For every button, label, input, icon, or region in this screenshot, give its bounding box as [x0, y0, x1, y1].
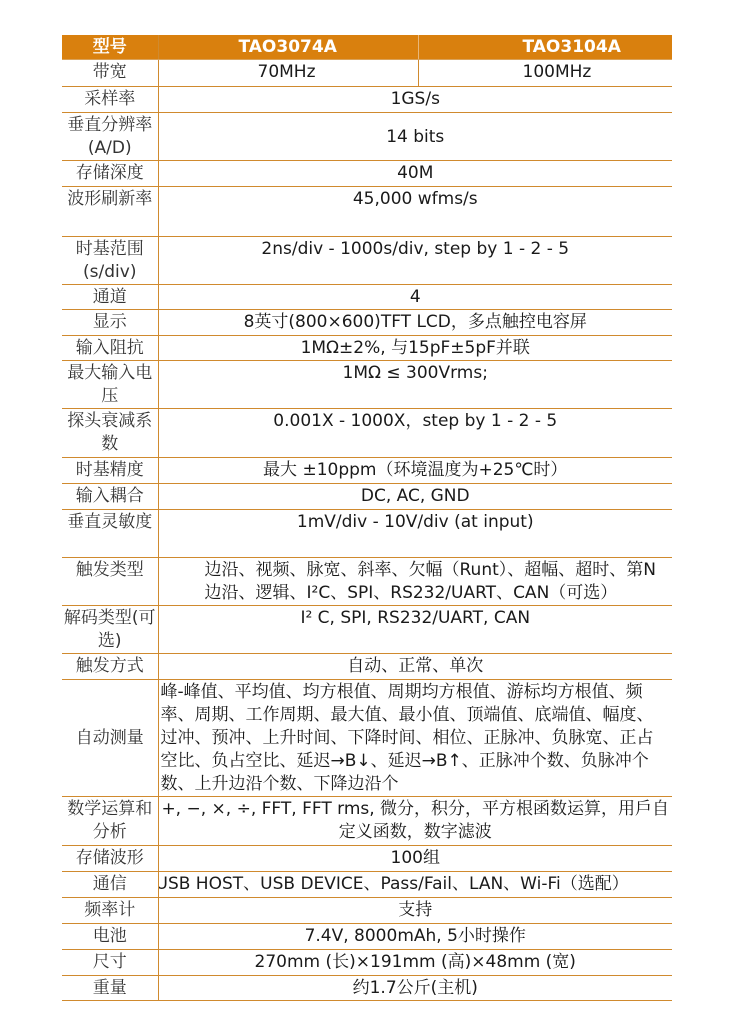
table-row: 时基范围(s/div) 2ns/div - 1000s/div, step by…	[62, 237, 672, 285]
table-row: 采样率 1GS/s	[62, 87, 672, 113]
row-label: 尺寸	[62, 950, 158, 976]
row-label: 采样率	[62, 87, 158, 113]
row-label: 电池	[62, 924, 158, 950]
row-value: USB HOST、USB DEVICE、Pass/Fail、LAN、Wi-Fi（…	[158, 872, 672, 898]
row-value: 1MΩ ≤ 300Vrms;	[158, 361, 672, 409]
table-row: 频率计 支持	[62, 898, 672, 924]
spec-table: 型号 TAO3074A TAO3104A 带宽 70MHz 100MHz 采样率…	[62, 35, 672, 1001]
row-label: 波形刷新率	[62, 187, 158, 237]
row-label: 自动测量	[62, 680, 158, 797]
row-value: 40M	[158, 161, 672, 187]
row-label: 垂直灵敏度	[62, 510, 158, 558]
header-model-tao3104a: TAO3104A	[418, 35, 672, 60]
table-row: 自动测量 峰-峰值、平均值、均方根值、周期均方根值、游标均方根值、频率、周期、工…	[62, 680, 672, 797]
row-label: 频率计	[62, 898, 158, 924]
row-label: 带宽	[62, 60, 158, 87]
header-model-label: 型号	[62, 35, 158, 60]
table-row: 带宽 70MHz 100MHz	[62, 60, 672, 87]
row-value: I² C, SPI, RS232/UART, CAN	[158, 606, 672, 654]
row-value: 100组	[158, 846, 672, 872]
table-row: 数学运算和分析 +, −, ×, ÷, FFT, FFT rms, 微分，积分，…	[62, 797, 672, 846]
table-row: 触发方式 自动、正常、单次	[62, 654, 672, 680]
row-value: 自动、正常、单次	[158, 654, 672, 680]
row-value: 1GS/s	[158, 87, 672, 113]
table-row: 垂直灵敏度 1mV/div - 10V/div (at input)	[62, 510, 672, 558]
table-row: 探头衰减系数 0.001X - 1000X，step by 1 - 2 - 5	[62, 409, 672, 458]
table-row: 输入阻抗 1MΩ±2%, 与15pF±5pF并联	[62, 336, 672, 361]
row-value: 0.001X - 1000X，step by 1 - 2 - 5	[158, 409, 672, 458]
row-label: 垂直分辨率(A/D)	[62, 113, 158, 161]
table-row: 存储深度 40M	[62, 161, 672, 187]
row-value: 约1.7公斤(主机)	[158, 976, 672, 1001]
row-label: 触发方式	[62, 654, 158, 680]
table-row: 通道 4	[62, 285, 672, 310]
row-label: 通信	[62, 872, 158, 898]
row-label: 显示	[62, 310, 158, 336]
row-value: 边沿、视频、脉宽、斜率、欠幅（Runt）、超幅、超时、第N边沿、逻辑、I²C、S…	[158, 558, 672, 606]
row-label: 探头衰减系数	[62, 409, 158, 458]
row-value: +, −, ×, ÷, FFT, FFT rms, 微分，积分，平方根函数运算，…	[158, 797, 672, 846]
row-label: 触发类型	[62, 558, 158, 606]
row-label: 通道	[62, 285, 158, 310]
row-value: 270mm (长)×191mm (高)×48mm (宽)	[158, 950, 672, 976]
row-value: 支持	[158, 898, 672, 924]
table-header-row: 型号 TAO3074A TAO3104A	[62, 35, 672, 60]
row-label: 时基范围(s/div)	[62, 237, 158, 285]
row-label: 时基精度	[62, 458, 158, 484]
row-label: 存储深度	[62, 161, 158, 187]
row-value: DC, AC, GND	[158, 484, 672, 510]
bandwidth-tao3074a: 70MHz	[158, 60, 418, 87]
table-row: 电池 7.4V, 8000mAh, 5小时操作	[62, 924, 672, 950]
header-model-tao3074a: TAO3074A	[158, 35, 418, 60]
row-value: 7.4V, 8000mAh, 5小时操作	[158, 924, 672, 950]
row-label: 存储波形	[62, 846, 158, 872]
row-value: 14 bits	[158, 113, 672, 161]
row-label: 数学运算和分析	[62, 797, 158, 846]
bandwidth-tao3104a: 100MHz	[418, 60, 672, 87]
table-row: 波形刷新率 45,000 wfms/s	[62, 187, 672, 237]
table-row: 时基精度 最大 ±10ppm（环境温度为+25℃时）	[62, 458, 672, 484]
row-value: 8英寸(800×600)TFT LCD，多点触控电容屏	[158, 310, 672, 336]
table-row: 存储波形 100组	[62, 846, 672, 872]
row-value: 最大 ±10ppm（环境温度为+25℃时）	[158, 458, 672, 484]
row-label: 输入耦合	[62, 484, 158, 510]
table-row: 重量 约1.7公斤(主机)	[62, 976, 672, 1001]
row-label: 解码类型(可选)	[62, 606, 158, 654]
row-label: 重量	[62, 976, 158, 1001]
row-value: 1MΩ±2%, 与15pF±5pF并联	[158, 336, 672, 361]
row-value: 45,000 wfms/s	[158, 187, 672, 237]
table-row: 通信 USB HOST、USB DEVICE、Pass/Fail、LAN、Wi-…	[62, 872, 672, 898]
table-row: 触发类型 边沿、视频、脉宽、斜率、欠幅（Runt）、超幅、超时、第N边沿、逻辑、…	[62, 558, 672, 606]
row-label: 输入阻抗	[62, 336, 158, 361]
row-value: 4	[158, 285, 672, 310]
row-label: 最大输入电压	[62, 361, 158, 409]
row-value: 1mV/div - 10V/div (at input)	[158, 510, 672, 558]
table-row: 输入耦合 DC, AC, GND	[62, 484, 672, 510]
table-row: 垂直分辨率(A/D) 14 bits	[62, 113, 672, 161]
table-row: 解码类型(可选) I² C, SPI, RS232/UART, CAN	[62, 606, 672, 654]
table-row: 最大输入电压 1MΩ ≤ 300Vrms;	[62, 361, 672, 409]
row-value: 2ns/div - 1000s/div, step by 1 - 2 - 5	[158, 237, 672, 285]
row-value: 峰-峰值、平均值、均方根值、周期均方根值、游标均方根值、频率、周期、工作周期、最…	[158, 680, 672, 797]
table-row: 尺寸 270mm (长)×191mm (高)×48mm (宽)	[62, 950, 672, 976]
table-row: 显示 8英寸(800×600)TFT LCD，多点触控电容屏	[62, 310, 672, 336]
